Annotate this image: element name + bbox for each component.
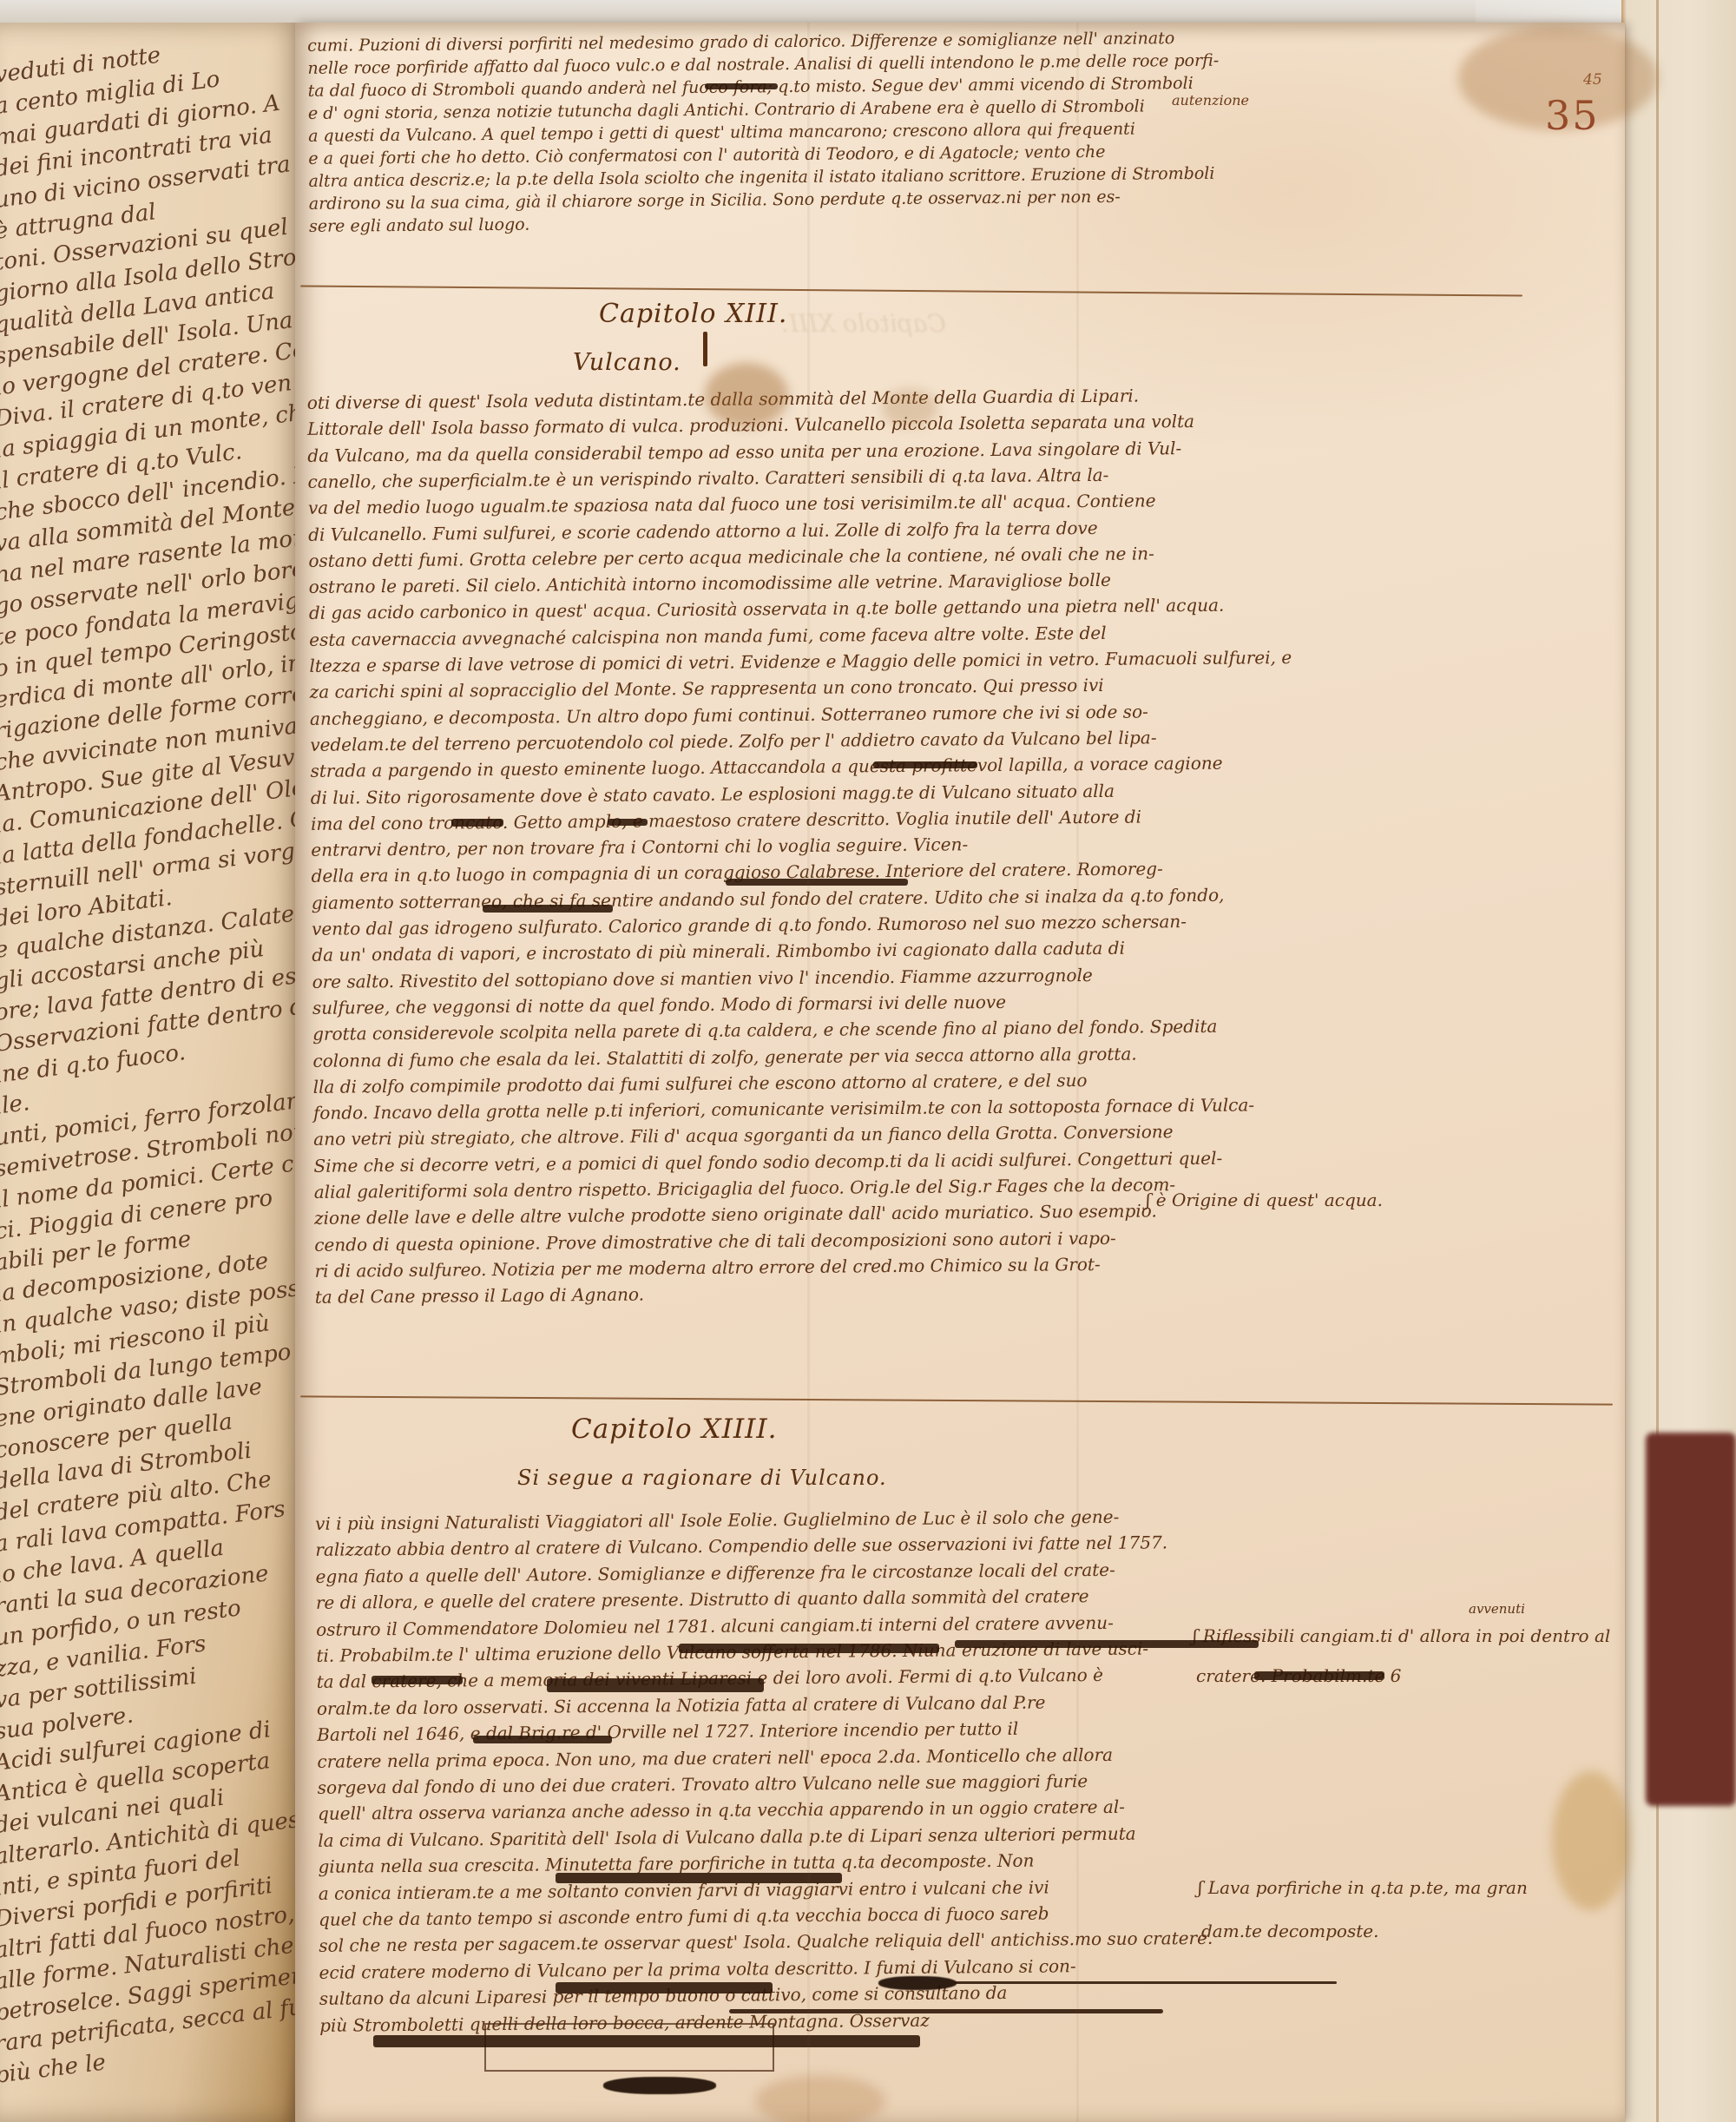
paper-crease — [807, 23, 810, 2122]
manuscript-page: 35 45 autenzione cumi. Puzioni di divers… — [295, 23, 1625, 2122]
ink-strikethrough — [373, 2035, 920, 2047]
ink-strikethrough — [608, 819, 648, 826]
book-cover-edge — [1646, 1433, 1736, 1806]
manuscript-line: egna fiato a quelle dell' Autore. Somigl… — [316, 1559, 1115, 1587]
manuscript-line: ecid cratere moderno di Vulcano per la p… — [319, 1955, 1075, 1983]
margin-note-lava: dam.te decomposte. — [1201, 1921, 1378, 1941]
ink-strikethrough — [451, 819, 503, 827]
ink-strikethrough — [1254, 1671, 1384, 1680]
ink-strikethrough — [372, 1676, 463, 1684]
ink-strikethrough — [729, 2009, 1163, 2013]
ink-blot — [878, 1976, 957, 1990]
manuscript-line: Bartoli nel 1646, e dal Brig.re d' Orvil… — [317, 1718, 1018, 1745]
ink-strikethrough — [705, 83, 778, 89]
paper-stain — [755, 2075, 885, 2122]
ink-strikethrough — [473, 1736, 612, 1743]
margin-note-superscript: avvenuti — [1469, 1601, 1525, 1617]
ink-strikethrough — [955, 1640, 1259, 1648]
manuscript-line: quel che da tanto tempo si asconde entro… — [319, 1903, 1049, 1930]
manuscript-line: ostruro il Commendatore Dolomieu nel 178… — [316, 1611, 1114, 1639]
paper-stain — [882, 389, 937, 427]
chapter-14-body: vi i più insigni Naturalisti Viaggiatori… — [295, 14, 1346, 2122]
ink-blot — [603, 2077, 716, 2094]
paper-stain — [1552, 1771, 1630, 1910]
paper-stain — [1458, 26, 1658, 130]
paper-crease — [1076, 23, 1079, 2122]
manuscript-line: ralizzato abbia dentro al cratere di Vul… — [315, 1532, 1167, 1561]
ink-strikethrough — [556, 1982, 773, 1993]
ink-strikethrough — [483, 905, 613, 913]
manuscript-line: vi i più insigni Naturalisti Viaggiatori… — [315, 1506, 1119, 1534]
ink-strikethrough — [547, 1678, 764, 1692]
left-page-edge: veduti di nottea cento miglia di Lomai g… — [0, 23, 306, 2122]
manuscript-photo: { "page": { "number": "35", "corner_anno… — [0, 0, 1736, 2122]
manuscript-line: sorgeva dal fondo di uno dei due crateri… — [318, 1770, 1088, 1798]
margin-note-lava: ʃ Lava porfiriche in q.ta p.te, ma gran — [1198, 1877, 1528, 1898]
manuscript-line: cratere nella prima epoca. Non uno, ma d… — [317, 1743, 1113, 1771]
manuscript-line: quell' altra osserva varianza anche ades… — [318, 1796, 1125, 1824]
ink-box-mark — [484, 2023, 774, 2072]
ink-strikethrough — [556, 1873, 842, 1883]
ink-strikethrough — [726, 879, 908, 886]
manuscript-line: oralm.te da loro osservati. Si accenna l… — [317, 1691, 1046, 1718]
manuscript-line: re di allora, e quelle del cratere prese… — [316, 1585, 1089, 1613]
ink-strikethrough — [955, 1981, 1337, 1984]
ink-strikethrough — [873, 761, 977, 768]
manuscript-line: la cima di Vulcano. Sparitità dell' Isol… — [318, 1822, 1136, 1850]
paper-stain — [705, 363, 788, 427]
